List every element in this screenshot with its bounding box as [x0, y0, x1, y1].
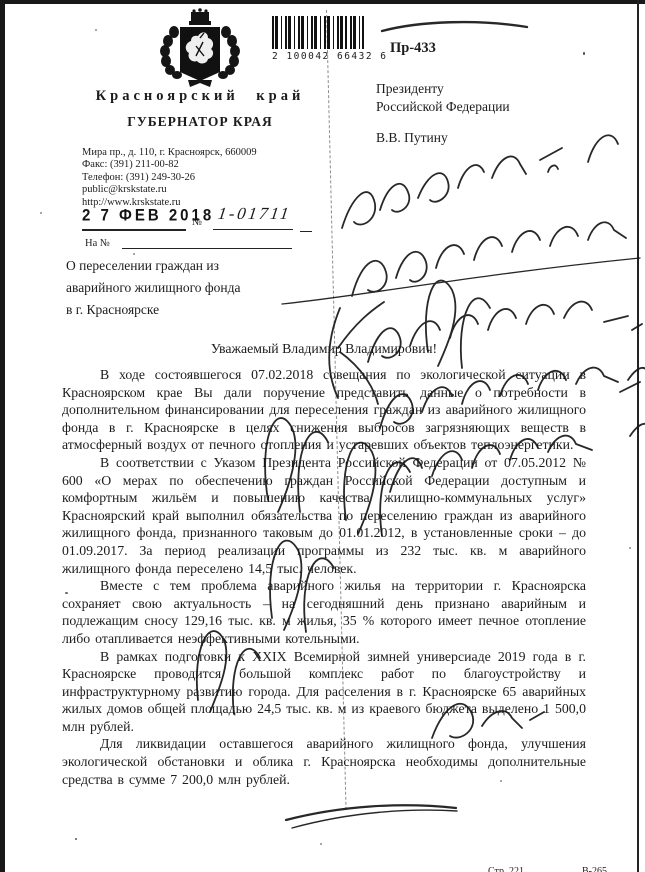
fax-line: Факс: (391) 211-00-82 [82, 159, 257, 171]
subject-block: О переселении граждан из аварийного жили… [66, 255, 240, 321]
scan-speckle [133, 253, 135, 255]
paragraph-5: Для ликвидации оставшегося аварийного жи… [62, 735, 586, 788]
outgoing-number-handwritten: 1-01711 [217, 204, 293, 224]
scan-edge-left [0, 0, 5, 872]
scan-speckle [75, 838, 77, 840]
reply-to-label: На № [85, 238, 110, 249]
paragraph-4: В рамках подготовки к XXIX Всемирной зим… [62, 648, 586, 736]
region-name: Красноярский край [60, 88, 340, 105]
footer-fragment-left: Стр. 221 [488, 866, 524, 872]
address-line: Мира пр., д. 110, г. Красноярск, 660009 [82, 147, 257, 159]
subject-line: аварийного жилищного фонда [66, 277, 240, 299]
barcode-number: 2 100042 66432 6 [272, 51, 364, 62]
scanned-letter-page: Красноярский край ГУБЕРНАТОР КРАЯ Мира п… [0, 0, 645, 872]
paragraph-2: В соответствии с Указом Президента Росси… [62, 454, 586, 577]
scan-speckle [320, 843, 322, 845]
presidential-ref-code: Пр-433 [390, 40, 436, 57]
scan-speckle [65, 592, 68, 594]
address-block: Мира пр., д. 110, г. Красноярск, 660009 … [82, 147, 257, 209]
paragraph-3: Вместе с тем проблема аварийного жилья н… [62, 577, 586, 647]
office-title: ГУБЕРНАТОР КРАЯ [60, 114, 340, 130]
salutation: Уважаемый Владимир Владимирович! [62, 341, 586, 357]
letter-body: В ходе состоявшегося 07.02.2018 совещани… [62, 366, 586, 788]
number-sign-label: № [192, 217, 202, 228]
registration-barcode: 2 100042 66432 6 [272, 16, 364, 62]
email-line: public@krskstate.ru [82, 184, 257, 196]
scan-speckle [500, 780, 502, 782]
scan-edge-right [637, 0, 639, 872]
barcode-bars [272, 16, 364, 49]
subject-line: в г. Красноярске [66, 299, 240, 321]
paragraph-1: В ходе состоявшегося 07.02.2018 совещани… [62, 366, 586, 454]
recipient-line2: Российской Федерации [376, 98, 510, 116]
recipient-block: Президенту Российской Федерации [376, 80, 510, 116]
footer-fragment-right: В-265 [582, 866, 607, 872]
scan-speckle [583, 52, 585, 55]
phone-line: Телефон: (391) 249-30-26 [82, 172, 257, 184]
scan-edge-top [0, 0, 645, 4]
scan-speckle [629, 547, 631, 549]
subject-line: О переселении граждан из [66, 255, 240, 277]
number-underline-dash [300, 231, 312, 232]
scan-speckle [40, 212, 42, 214]
number-underline [213, 229, 293, 230]
reply-to-underline [122, 248, 292, 249]
recipient-name: В.В. Путину [376, 130, 448, 146]
recipient-line1: Президенту [376, 80, 510, 98]
scan-speckle [95, 29, 97, 31]
stamp-underline [82, 229, 186, 231]
